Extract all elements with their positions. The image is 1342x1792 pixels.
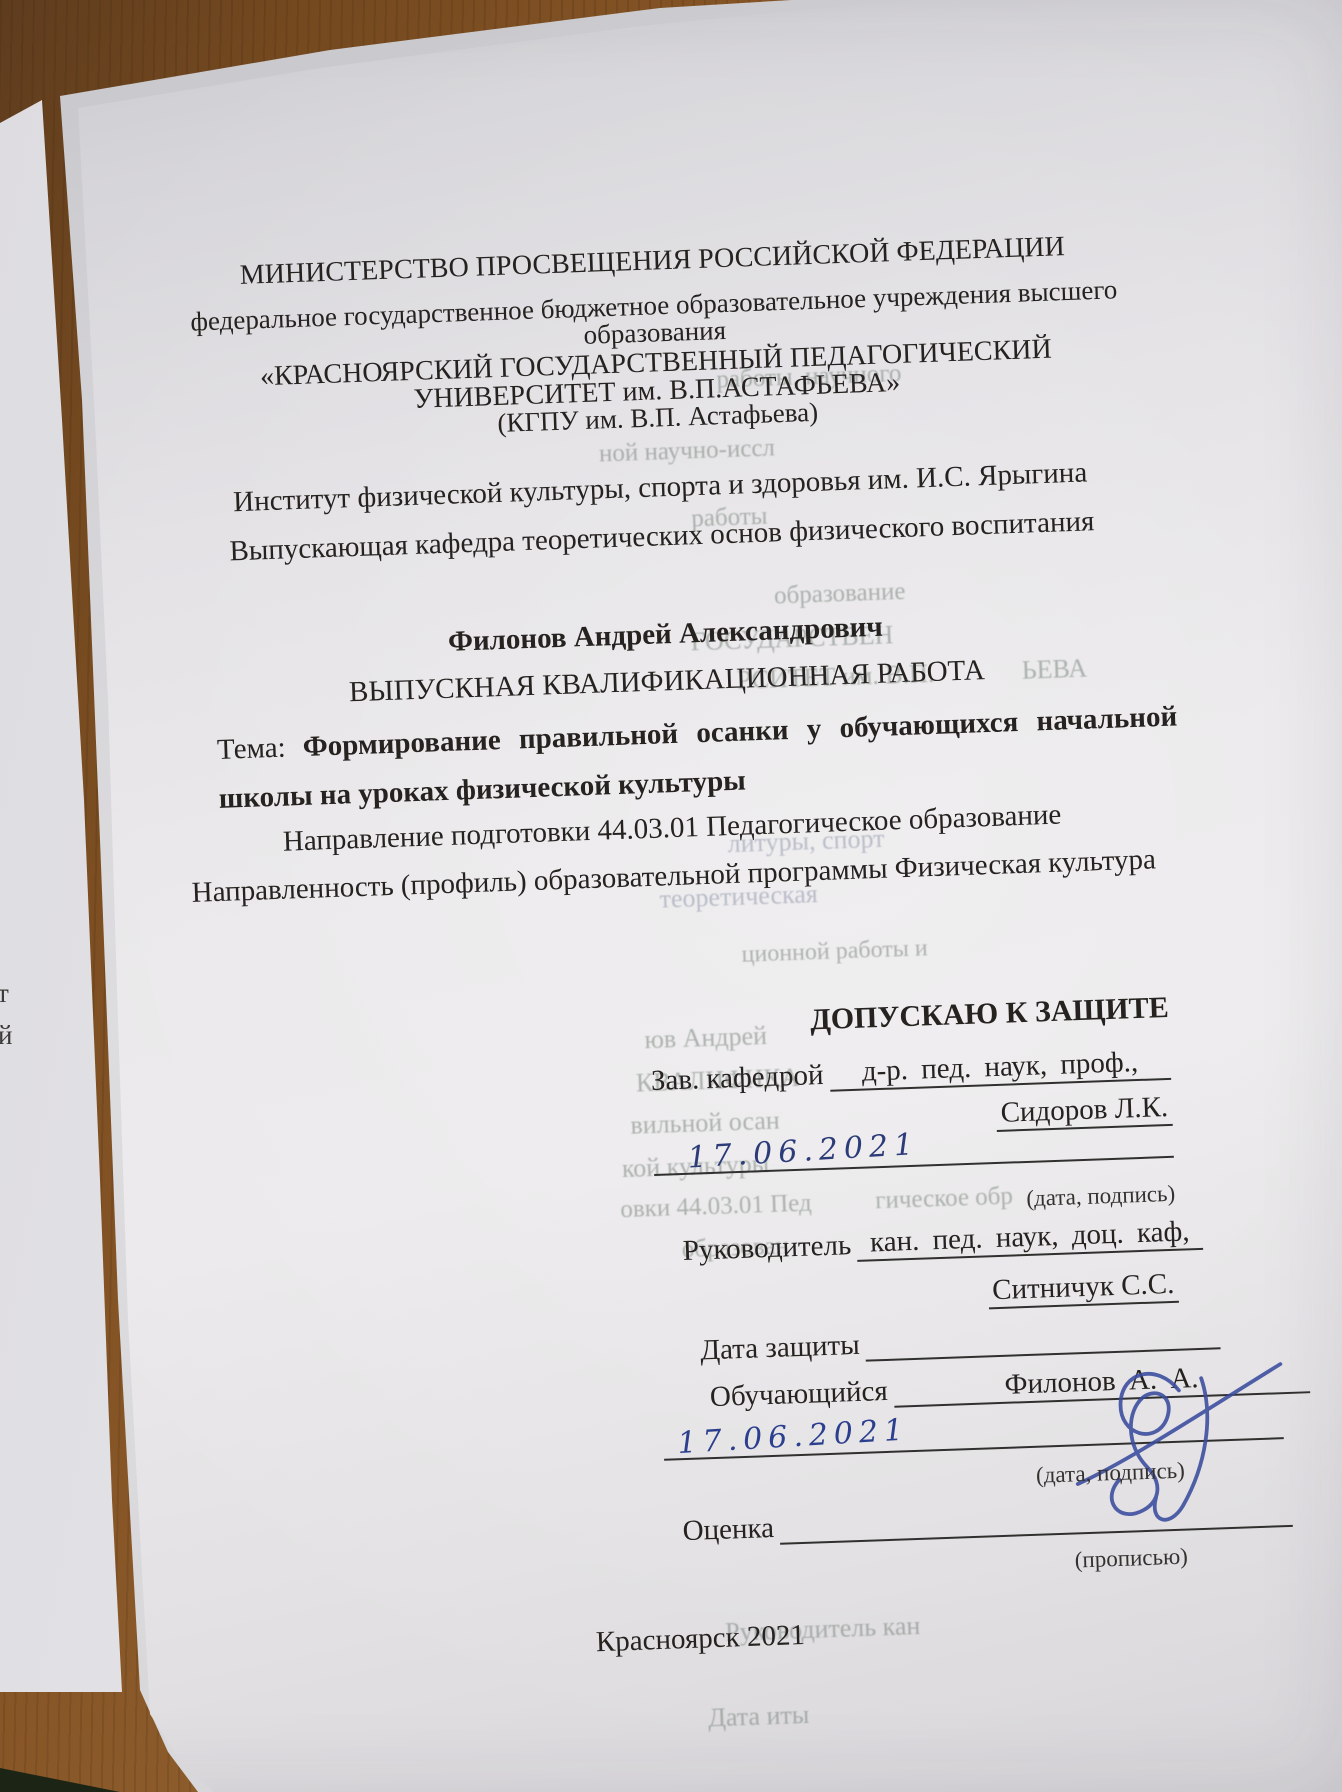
student-date-handwritten: 17.06.2021 (677, 1412, 910, 1461)
left-sheet-ghost-letter: т (0, 978, 9, 1009)
bleed-through-text: образование (774, 578, 906, 611)
photo-of-title-page: т й работы, научного ной научно-иссл раб… (0, 0, 1342, 1792)
student-label: Обучающийся (709, 1375, 888, 1414)
supervisor-name: Ситничук С.С. (988, 1268, 1179, 1310)
city-year: Красноярск 2021 (170, 1604, 1231, 1674)
bleed-through-text: ной научно-иссл (599, 434, 776, 468)
grade-label: Оценка (682, 1512, 774, 1548)
supervisor-label: Руководитель (682, 1229, 851, 1268)
left-sheet-ghost-letter: й (0, 1020, 12, 1051)
supervisor-row: Руководитель кан. пед. наук, доц. каф, (656, 1215, 1203, 1269)
topic-line-2: школы на уроках физической культуры (218, 765, 746, 816)
supervisor-degree: кан. пед. наук, доц. каф, (857, 1215, 1204, 1262)
supervisor-name-row: Ситничук С.С. (658, 1268, 1185, 1319)
head-of-department-row: Зав. кафедрой д-р. пед. наук, проф., (650, 1045, 1171, 1098)
title-page-content: работы, научного ной научно-иссл работы … (120, 168, 1232, 1724)
topic-text-1: Формирование правильной осанки у обучающ… (302, 700, 1177, 763)
bleed-through-text: ционной работы и (741, 935, 928, 968)
head-degree: д-р. пед. наук, проф., (829, 1045, 1171, 1092)
grade-line (779, 1489, 1293, 1545)
title-page-sheet: работы, научного ной научно-иссл работы … (0, 0, 1342, 1792)
defense-date-label: Дата защиты (700, 1329, 860, 1368)
approval-title: ДОПУСКАЮ К ЗАЩИТЕ (648, 988, 1239, 1043)
topic-line-1: Тема: Формирование правильной осанки у о… (217, 700, 1178, 767)
head-label: Зав. кафедрой (650, 1059, 824, 1098)
bleed-through-text: Дата иты (708, 1700, 810, 1734)
grade-caption: (прописью) (668, 1543, 1199, 1587)
topic-label: Тема: (217, 732, 287, 766)
